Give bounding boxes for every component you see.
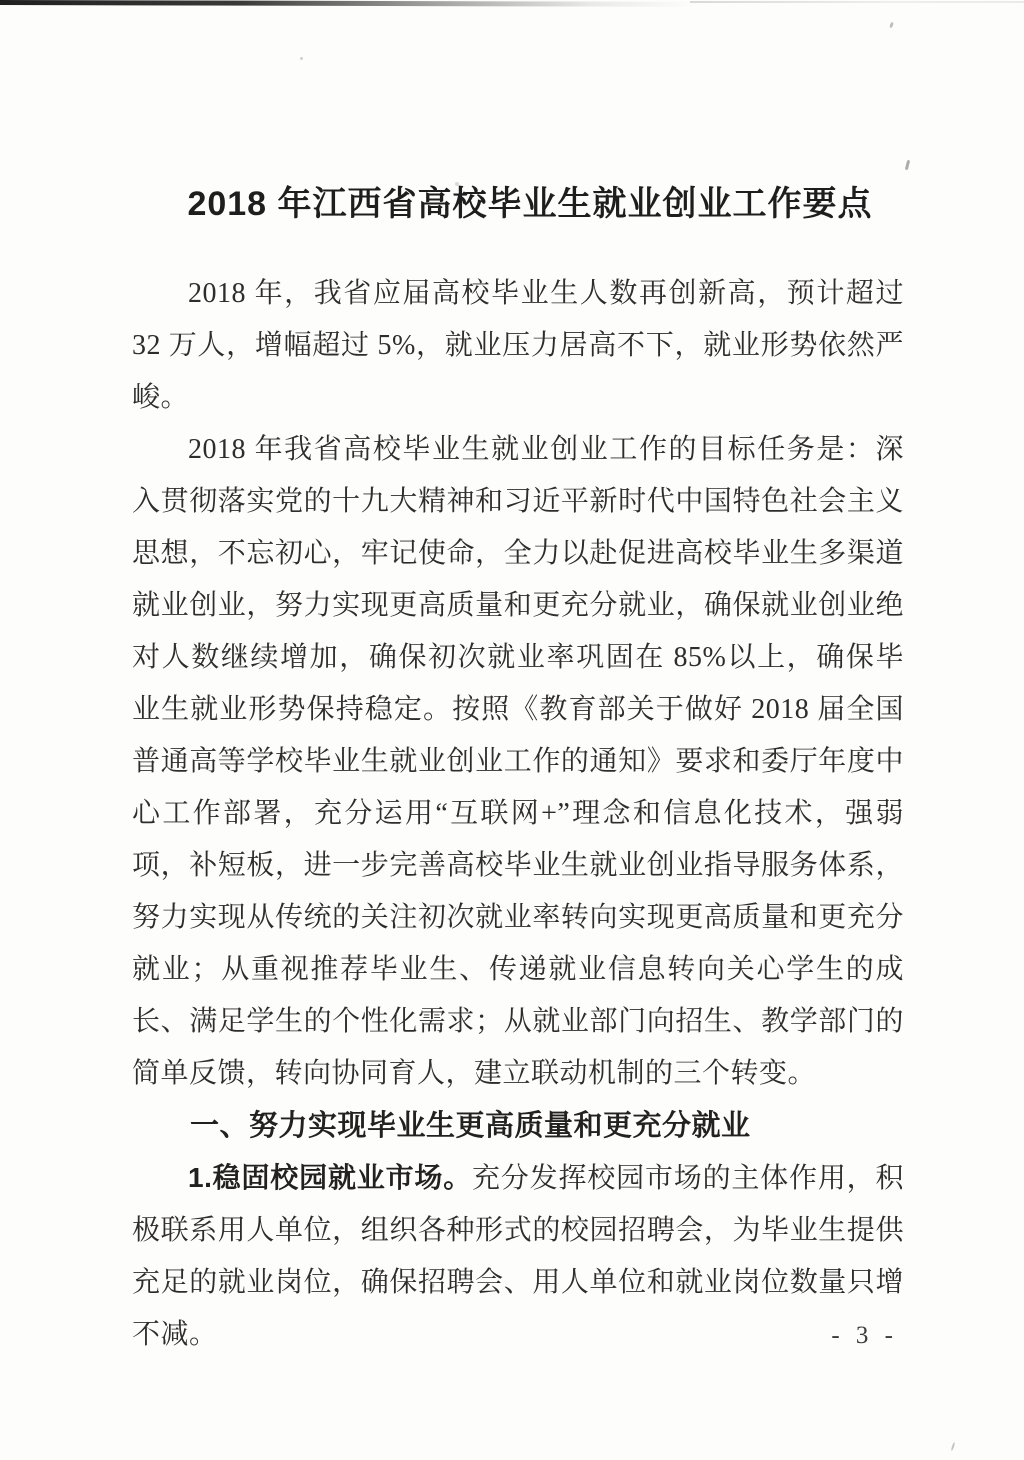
scan-speck <box>905 160 910 170</box>
scan-speck <box>951 1442 956 1451</box>
paragraph-goals-tasks: 2018 年我省高校毕业生就业创业工作的目标任务是：深入贯彻落实党的十九大精神和… <box>132 424 904 1100</box>
document-page: 2018 年江西省高校毕业生就业创业工作要点 2018 年，我省应届高校毕业生人… <box>0 0 1024 1460</box>
document-title: 2018 年江西省高校毕业生就业创业工作要点 <box>132 180 904 228</box>
page-number: - 3 - <box>831 1322 898 1350</box>
paragraph-item-1: 1.稳固校园就业市场。充分发挥校园市场的主体作用，积极联系用人单位，组织各种形式… <box>132 1152 904 1361</box>
item-1-lead: 1.稳固校园就业市场。 <box>188 1162 472 1193</box>
paragraph-overview: 2018 年，我省应届高校毕业生人数再创新高，预计超过 32 万人，增幅超过 5… <box>132 268 904 424</box>
document-content: 2018 年江西省高校毕业生就业创业工作要点 2018 年，我省应届高校毕业生人… <box>132 0 904 1361</box>
section-heading-1: 一、努力实现毕业生更高质量和更充分就业 <box>132 1100 904 1152</box>
